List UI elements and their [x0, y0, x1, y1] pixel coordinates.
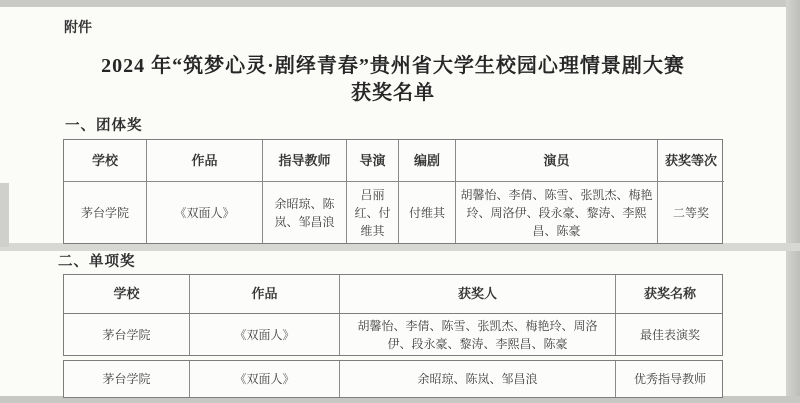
t2-work-cell: 《双面人》 — [190, 361, 340, 397]
attachment-label: 附件 — [64, 17, 92, 37]
scan-edge-top — [0, 0, 800, 7]
scan-edge-right — [786, 0, 800, 403]
t1-school-cell: 茅台学院 — [64, 182, 147, 243]
t1-col-award-level: 获奖等次 — [658, 140, 724, 182]
doc-title-line2: 获奖名单 — [0, 76, 786, 105]
t2-award-name-cell: 优秀指导教师 — [616, 361, 724, 397]
individual-award-table-row: 茅台学院 《双面人》 余昭琼、陈岚、邹昌浪 优秀指导教师 — [63, 360, 723, 398]
t2-col-work: 作品 — [190, 275, 340, 313]
individual-award-table-header: 学校 作品 获奖人 获奖名称 — [63, 274, 723, 314]
t1-col-school: 学校 — [64, 140, 147, 182]
scanned-document-page: 附件 2024 年“筑梦心灵·剧绎青春”贵州省大学生校园心理情景剧大赛 获奖名单… — [0, 0, 800, 403]
t1-col-actors: 演员 — [456, 140, 658, 182]
t2-school-cell: 茅台学院 — [64, 314, 190, 355]
individual-award-table-row: 茅台学院 《双面人》 胡馨怡、李倩、陈雪、张凯杰、梅艳玲、周洛伊、段永豪、黎涛、… — [63, 313, 723, 356]
t2-col-winners: 获奖人 — [340, 275, 616, 313]
t1-col-director: 导演 — [347, 140, 399, 182]
section2-heading: 二、单项奖 — [58, 250, 136, 271]
section1-heading: 一、团体奖 — [65, 114, 143, 135]
t2-work-cell: 《双面人》 — [190, 314, 340, 355]
t2-col-award-name: 获奖名称 — [616, 275, 724, 313]
t2-col-school: 学校 — [64, 275, 190, 313]
t1-actors-cell: 胡馨怡、李倩、陈雪、张凯杰、梅艳玲、周洛伊、段永豪、黎涛、李熙昌、陈豪 — [456, 182, 658, 243]
t1-col-work: 作品 — [147, 140, 263, 182]
t1-col-advisors: 指导教师 — [263, 140, 347, 182]
t2-winners-cell: 胡馨怡、李倩、陈雪、张凯杰、梅艳玲、周洛伊、段永豪、黎涛、李熙昌、陈豪 — [340, 314, 616, 355]
t1-work-cell: 《双面人》 — [147, 182, 263, 243]
doc-title-line1: 2024 年“筑梦心灵·剧绎青春”贵州省大学生校园心理情景剧大赛 — [0, 49, 786, 78]
group-award-table: 学校 作品 指导教师 导演 编剧 演员 获奖等次 茅台学院 《双面人》 余昭琼、… — [63, 139, 723, 244]
t1-col-screenwriter: 编剧 — [399, 140, 456, 182]
t1-screenwriter-cell: 付维其 — [399, 182, 456, 243]
t1-award-level-cell: 二等奖 — [658, 182, 724, 243]
scan-edge-left — [0, 183, 9, 247]
t1-director-cell: 吕丽红、付维其 — [347, 182, 399, 243]
t2-award-name-cell: 最佳表演奖 — [616, 314, 724, 355]
t2-school-cell: 茅台学院 — [64, 361, 190, 397]
t1-advisors-cell: 余昭琼、陈岚、邹昌浪 — [263, 182, 347, 243]
t2-winners-cell: 余昭琼、陈岚、邹昌浪 — [340, 361, 616, 397]
